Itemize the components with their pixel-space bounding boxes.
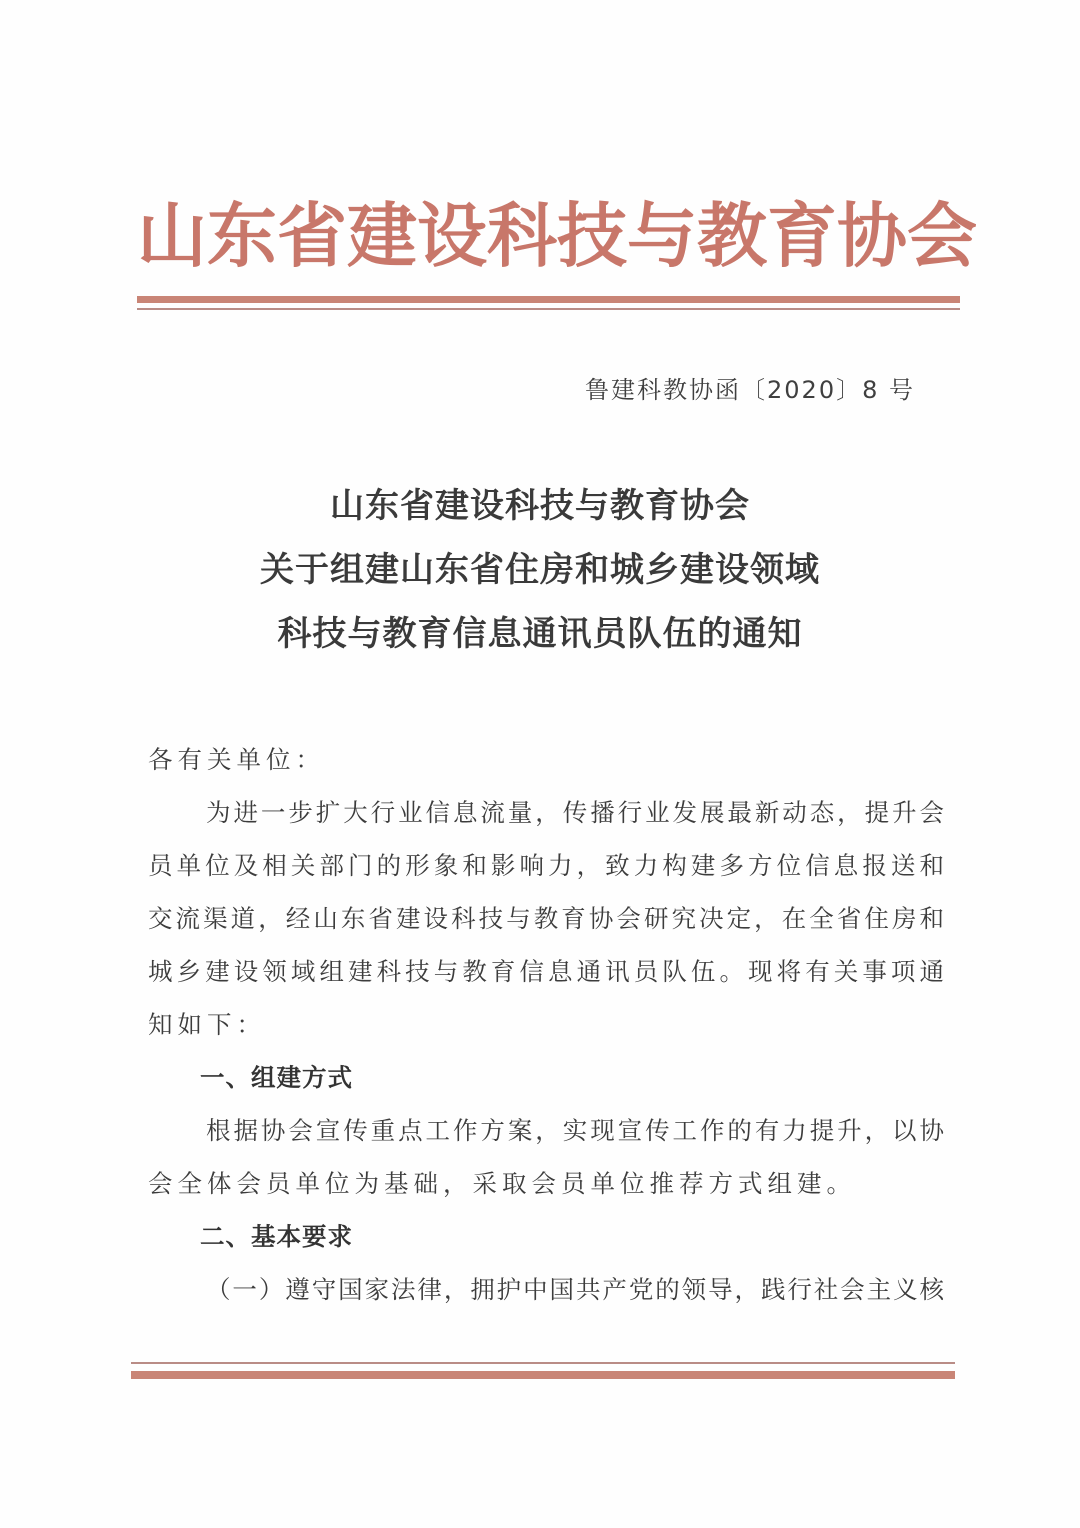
- section-line: （一）遵守国家法律，拥护中国共产党的领导，践行社会主义核: [148, 1263, 944, 1316]
- letterhead-rule-thin: [137, 308, 960, 310]
- section-line: 根据协会宣传重点工作方案，实现宣传工作的有力提升，以协: [148, 1104, 944, 1157]
- document-title: 山东省建设科技与教育协会 关于组建山东省住房和城乡建设领域 科技与教育信息通讯员…: [0, 474, 1080, 666]
- intro-line: 员单位及相关部门的形象和影响力，致力构建多方位信息报送和: [148, 839, 944, 892]
- letterhead-char: 与: [627, 180, 697, 281]
- footer-rule-thick: [131, 1371, 955, 1379]
- letterhead-org-name: 山东省建设科技与教育协会: [137, 180, 960, 280]
- letterhead-char: 山: [137, 180, 207, 281]
- letterhead-char: 育: [767, 180, 837, 281]
- title-line-1: 山东省建设科技与教育协会: [0, 474, 1080, 538]
- title-line-2: 关于组建山东省住房和城乡建设领域: [0, 538, 1080, 602]
- letterhead-char: 教: [697, 180, 767, 281]
- letterhead-char: 技: [557, 180, 627, 281]
- letterhead-char: 省: [277, 180, 347, 281]
- footer-rule-thin: [131, 1362, 955, 1364]
- letterhead-char: 东: [207, 180, 277, 281]
- section-line: 会全体会员单位为基础，采取会员单位推荐方式组建。: [148, 1157, 944, 1210]
- document-page: 山东省建设科技与教育协会 鲁建科教协函〔2020〕8 号 山东省建设科技与教育协…: [0, 0, 1080, 1528]
- letterhead-char: 建: [347, 180, 417, 281]
- section-heading: 一、组建方式: [148, 1051, 944, 1104]
- intro-line: 城乡建设领域组建科技与教育信息通讯员队伍。现将有关事项通: [148, 945, 944, 998]
- document-number: 鲁建科教协函〔2020〕8 号: [585, 370, 915, 405]
- intro-line: 为进一步扩大行业信息流量，传播行业发展最新动态，提升会: [148, 786, 944, 839]
- title-line-3: 科技与教育信息通讯员队伍的通知: [0, 602, 1080, 666]
- intro-line: 知如下：: [148, 998, 944, 1051]
- section-heading: 二、基本要求: [148, 1210, 944, 1263]
- document-body: 各有关单位： 为进一步扩大行业信息流量，传播行业发展最新动态，提升会 员单位及相…: [148, 733, 944, 1316]
- letterhead-char: 科: [487, 180, 557, 281]
- salutation: 各有关单位：: [148, 733, 944, 786]
- letterhead-rule-thick: [137, 296, 960, 303]
- letterhead-char: 设: [417, 180, 487, 281]
- letterhead-char: 会: [907, 180, 977, 281]
- letterhead-char: 协: [837, 180, 907, 281]
- intro-line: 交流渠道，经山东省建设科技与教育协会研究决定，在全省住房和: [148, 892, 944, 945]
